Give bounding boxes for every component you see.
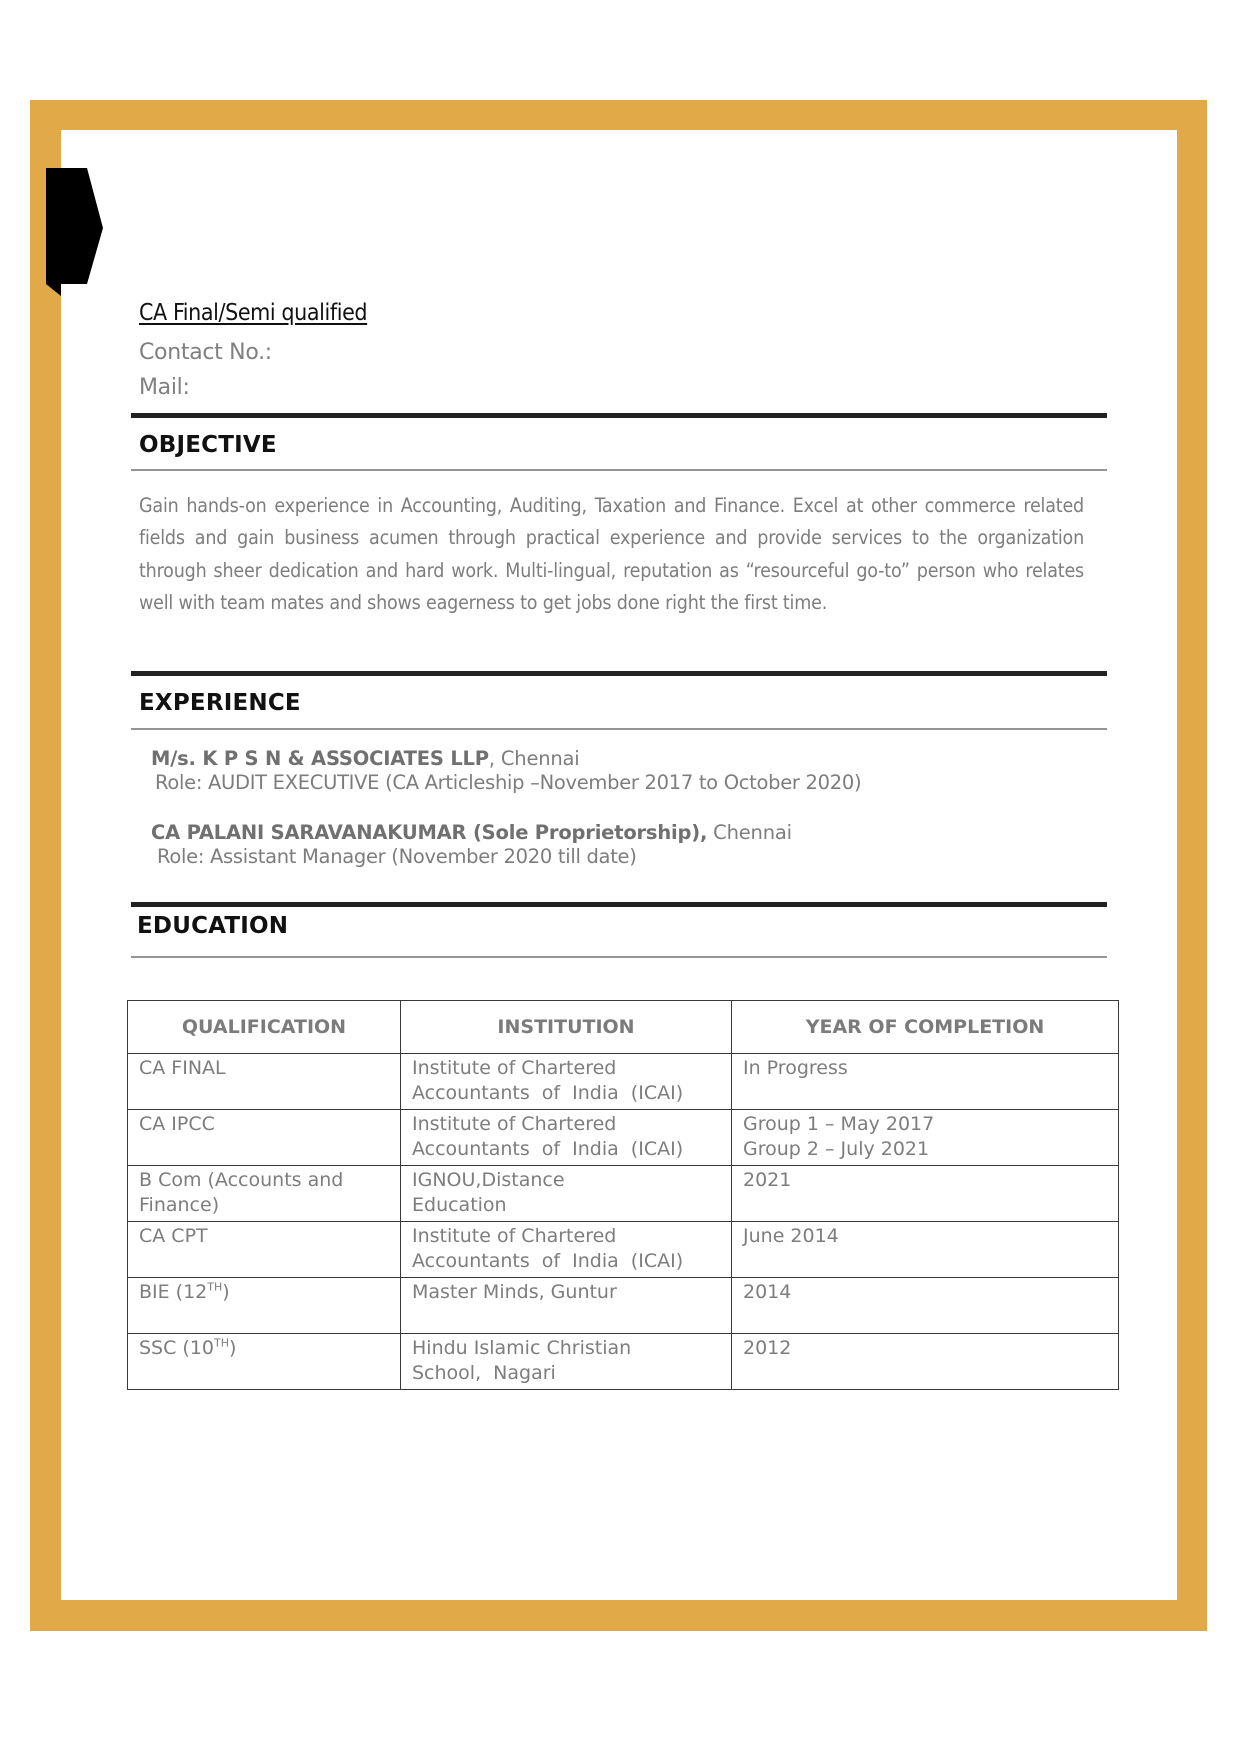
- year-cell: In Progress: [732, 1054, 1119, 1110]
- institution-cell: IGNOU,DistanceEducation: [401, 1166, 732, 1222]
- institution-cell: Institute of CharteredAccountants of Ind…: [401, 1110, 732, 1166]
- section-divider-thin: [131, 728, 1107, 730]
- institution-cell: Institute of CharteredAccountants of Ind…: [401, 1222, 732, 1278]
- year-line: 2012: [743, 1336, 1108, 1361]
- qualification-cell: CA IPCC: [128, 1110, 401, 1166]
- qualification-text: SSC (10: [139, 1337, 214, 1359]
- section-divider-thick: [131, 671, 1107, 676]
- experience-item-role: Role: AUDIT EXECUTIVE (CA Articleship –N…: [155, 771, 861, 794]
- experience-item-firm: M/s. K P S N & ASSOCIATES LLP, Chennai: [151, 747, 580, 770]
- qualification-text: CA IPCC: [139, 1113, 215, 1135]
- education-heading: EDUCATION: [137, 913, 288, 939]
- year-cell: June 2014: [732, 1222, 1119, 1278]
- firm-name: CA PALANI SARAVANAKUMAR (Sole Proprietor…: [151, 821, 707, 844]
- qualification-text: CA FINAL: [139, 1057, 226, 1079]
- qualification-cell: CA CPT: [128, 1222, 401, 1278]
- institution-line: Institute of Chartered: [412, 1056, 721, 1081]
- year-cell: 2014: [732, 1278, 1119, 1334]
- contact-number-label: Contact No.:: [139, 340, 272, 365]
- year-line: In Progress: [743, 1056, 1108, 1081]
- year-line: Group 2 – July 2021: [743, 1137, 1108, 1162]
- year-line: June 2014: [743, 1224, 1108, 1249]
- firm-location: , Chennai: [489, 747, 580, 770]
- qualification-cell: BIE (12TH): [128, 1278, 401, 1334]
- institution-line: Hindu Islamic Christian: [412, 1336, 721, 1361]
- table-row: CA CPT Institute of CharteredAccountants…: [128, 1222, 1119, 1278]
- qualification-text: BIE (12: [139, 1281, 207, 1303]
- qualification-suffix: ): [229, 1337, 236, 1359]
- institution-line: School, Nagari: [412, 1361, 721, 1386]
- objective-text: Gain hands-on experience in Accounting, …: [139, 490, 1084, 619]
- education-table: QUALIFICATION INSTITUTION YEAR OF COMPLE…: [127, 1000, 1119, 1390]
- objective-heading: OBJECTIVE: [139, 432, 277, 458]
- firm-location: Chennai: [707, 821, 792, 844]
- qualification-cell: B Com (Accounts and Finance): [128, 1166, 401, 1222]
- qualification-superscript: TH: [207, 1281, 222, 1294]
- year-cell: 2012: [732, 1334, 1119, 1390]
- qualification-text: CA CPT: [139, 1225, 208, 1247]
- table-row: SSC (10TH) Hindu Islamic ChristianSchool…: [128, 1334, 1119, 1390]
- institution-line: Master Minds, Guntur: [412, 1280, 721, 1305]
- institution-line: IGNOU,Distance: [412, 1168, 721, 1193]
- mail-label: Mail:: [139, 375, 190, 400]
- year-cell: 2021: [732, 1166, 1119, 1222]
- firm-name: M/s. K P S N & ASSOCIATES LLP: [151, 747, 489, 770]
- institution-line: Institute of Chartered: [412, 1224, 721, 1249]
- institution-line: Accountants of India (ICAI): [412, 1249, 721, 1274]
- experience-item-role: Role: Assistant Manager (November 2020 t…: [157, 845, 637, 868]
- experience-item-firm: CA PALANI SARAVANAKUMAR (Sole Proprietor…: [151, 821, 792, 844]
- qualification-text: B Com (Accounts and Finance): [139, 1169, 343, 1216]
- table-header-row: QUALIFICATION INSTITUTION YEAR OF COMPLE…: [128, 1001, 1119, 1054]
- table-row: B Com (Accounts and Finance) IGNOU,Dista…: [128, 1166, 1119, 1222]
- year-cell: Group 1 – May 2017Group 2 – July 2021: [732, 1110, 1119, 1166]
- institution-line: Accountants of India (ICAI): [412, 1081, 721, 1106]
- qualification-superscript: TH: [214, 1337, 229, 1350]
- column-header-year: YEAR OF COMPLETION: [732, 1001, 1119, 1054]
- section-divider-thick: [131, 413, 1107, 418]
- section-divider-thin: [131, 956, 1107, 958]
- institution-cell: Institute of CharteredAccountants of Ind…: [401, 1054, 732, 1110]
- institution-line: Education: [412, 1193, 721, 1218]
- table-row: CA IPCC Institute of CharteredAccountant…: [128, 1110, 1119, 1166]
- qualification-suffix: ): [222, 1281, 229, 1303]
- institution-line: Institute of Chartered: [412, 1112, 721, 1137]
- institution-cell: Hindu Islamic ChristianSchool, Nagari: [401, 1334, 732, 1390]
- section-divider-thin: [131, 469, 1107, 471]
- section-divider-thick: [131, 902, 1107, 907]
- headline: CA Final/Semi qualified: [139, 300, 367, 326]
- experience-heading: EXPERIENCE: [139, 690, 301, 716]
- year-line: Group 1 – May 2017: [743, 1112, 1108, 1137]
- table-row: BIE (12TH) Master Minds, Guntur 2014: [128, 1278, 1119, 1334]
- table-row: CA FINAL Institute of CharteredAccountan…: [128, 1054, 1119, 1110]
- year-line: 2021: [743, 1168, 1108, 1193]
- institution-cell: Master Minds, Guntur: [401, 1278, 732, 1334]
- column-header-qualification: QUALIFICATION: [128, 1001, 401, 1054]
- column-header-institution: INSTITUTION: [401, 1001, 732, 1054]
- qualification-cell: SSC (10TH): [128, 1334, 401, 1390]
- qualification-cell: CA FINAL: [128, 1054, 401, 1110]
- year-line: 2014: [743, 1280, 1108, 1305]
- institution-line: Accountants of India (ICAI): [412, 1137, 721, 1162]
